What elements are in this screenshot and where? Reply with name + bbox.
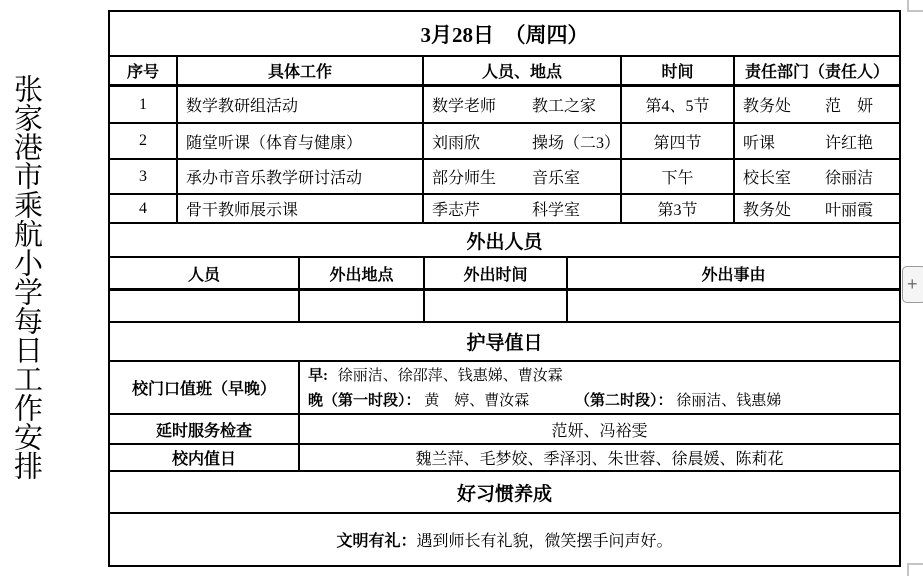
gate-evening-line: 晚（第一时段）： 黄 婷、曹汝霖 （第二时段）： 徐丽洁、钱惠娣 bbox=[308, 389, 893, 413]
person-text: 刘雨欣 bbox=[432, 130, 532, 153]
dept-owner-cell: 听课 许红艳 bbox=[735, 124, 899, 158]
date-title-row: 3月28日 （周四） bbox=[110, 12, 899, 57]
schedule-row: 3 承办市音乐教学研讨活动 部分师生 音乐室 下午 校长室 徐丽洁 bbox=[110, 160, 899, 195]
dept-text: 教务处 bbox=[743, 93, 825, 116]
col-header-out-place: 外出地点 bbox=[300, 258, 425, 288]
gate-evening-label-2: （第二时段）： bbox=[575, 393, 673, 409]
habit-item-text: 遇到师长有礼貌，微笑摆手问声好。 bbox=[417, 528, 673, 551]
gate-evening-names-1: 黄 婷、曹汝霖 bbox=[424, 393, 529, 409]
person-text: 部分师生 bbox=[432, 165, 532, 188]
owner-text: 叶丽霞 bbox=[825, 197, 873, 220]
owner-text: 范 妍 bbox=[825, 93, 873, 116]
col-header-time: 时间 bbox=[622, 57, 735, 84]
place-text: 教工之家 bbox=[532, 93, 596, 116]
gate-morning-names: 徐丽洁、徐邵萍、钱惠娣、曹汝霖 bbox=[338, 368, 563, 384]
time-cell: 第3节 bbox=[622, 195, 735, 222]
serial-cell: 1 bbox=[110, 87, 178, 122]
gate-evening-names-2: 徐丽洁、钱惠娣 bbox=[676, 393, 781, 409]
serial-cell: 2 bbox=[110, 124, 178, 158]
outgoing-title-row: 外出人员 bbox=[110, 224, 899, 258]
gate-duty-label: 校门口值班（早晚） bbox=[110, 362, 300, 413]
schedule-row: 1 数学教研组活动 数学老师 教工之家 第4、5节 教务处 范 妍 bbox=[110, 87, 899, 124]
out-place-cell bbox=[300, 291, 425, 321]
outgoing-header-row: 人员 外出地点 外出时间 外出事由 bbox=[110, 258, 899, 291]
outgoing-section-title: 外出人员 bbox=[110, 224, 899, 256]
habit-section-title: 好习惯养成 bbox=[110, 472, 899, 512]
owner-text: 许红艳 bbox=[825, 130, 873, 153]
person-place-cell: 刘雨欣 操场（二3） bbox=[424, 124, 622, 158]
habit-item-label: 文明有礼： bbox=[336, 528, 416, 551]
person-text: 季志芹 bbox=[432, 197, 532, 220]
duty-title-row: 护导值日 bbox=[110, 323, 899, 362]
out-person-cell bbox=[110, 291, 300, 321]
gate-morning-label: 早: bbox=[308, 368, 328, 384]
delay-check-label: 延时服务检查 bbox=[110, 415, 300, 443]
place-text: 科学室 bbox=[532, 197, 580, 220]
person-place-cell: 部分师生 音乐室 bbox=[424, 160, 622, 193]
dept-owner-cell: 校长室 徐丽洁 bbox=[735, 160, 899, 193]
col-header-out-time: 外出时间 bbox=[425, 258, 568, 288]
col-header-person-place: 人员、地点 bbox=[424, 57, 622, 84]
gate-morning-line: 早: 徐丽洁、徐邵萍、钱惠娣、曹汝霖 bbox=[308, 364, 893, 389]
serial-cell: 3 bbox=[110, 160, 178, 193]
out-time-cell bbox=[425, 291, 568, 321]
schedule-row: 2 随堂听课（体育与健康） 刘雨欣 操场（二3） 第四节 听课 许红艳 bbox=[110, 124, 899, 160]
serial-cell: 4 bbox=[110, 195, 178, 222]
col-header-out-reason: 外出事由 bbox=[568, 258, 899, 288]
task-cell: 数学教研组活动 bbox=[178, 87, 424, 122]
dept-text: 教务处 bbox=[743, 197, 825, 220]
place-text: 音乐室 bbox=[532, 165, 580, 188]
person-place-cell: 季志芹 科学室 bbox=[424, 195, 622, 222]
daily-schedule-table: 3月28日 （周四） 序号 具体工作 人员、地点 时间 责任部门（责任人） 1 … bbox=[108, 10, 901, 567]
dept-text: 校长室 bbox=[743, 165, 825, 188]
habit-title-row: 好习惯养成 bbox=[110, 472, 899, 514]
task-cell: 承办市音乐教学研讨活动 bbox=[178, 160, 424, 193]
gate-duty-content: 早: 徐丽洁、徐邵萍、钱惠娣、曹汝霖 晚（第一时段）： 黄 婷、曹汝霖 （第二时… bbox=[300, 362, 899, 413]
plus-icon: + bbox=[907, 274, 918, 295]
schedule-row: 4 骨干教师展示课 季志芹 科学室 第3节 教务处 叶丽霞 bbox=[110, 195, 899, 224]
campus-duty-label: 校内值日 bbox=[110, 445, 300, 470]
page-corner-top-icon bbox=[907, 0, 923, 12]
document-vertical-title: 张家港市乘航小学每日工作安排 bbox=[9, 74, 43, 486]
campus-duty-row: 校内值日 魏兰萍、毛梦姣、季泽羽、朱世蓉、徐晨媛、陈莉花 bbox=[110, 445, 899, 472]
col-header-task: 具体工作 bbox=[178, 57, 424, 84]
page-corner-bottom-icon bbox=[907, 563, 923, 576]
gate-evening-label-1: 晚（第一时段）： bbox=[308, 393, 421, 409]
person-text: 数学老师 bbox=[432, 93, 532, 116]
duty-section-title: 护导值日 bbox=[110, 323, 899, 360]
expand-row-button[interactable]: + bbox=[902, 266, 923, 303]
campus-duty-names: 魏兰萍、毛梦姣、季泽羽、朱世蓉、徐晨媛、陈莉花 bbox=[300, 445, 899, 470]
time-cell: 第4、5节 bbox=[622, 87, 735, 122]
delay-check-names: 范妍、冯裕雯 bbox=[300, 415, 899, 443]
habit-content: 文明有礼： 遇到师长有礼貌，微笑摆手问声好。 bbox=[110, 514, 899, 565]
col-header-serial: 序号 bbox=[110, 57, 178, 84]
person-place-cell: 数学老师 教工之家 bbox=[424, 87, 622, 122]
place-text: 操场（二3） bbox=[532, 130, 620, 153]
task-cell: 骨干教师展示课 bbox=[178, 195, 424, 222]
outgoing-empty-row bbox=[110, 291, 899, 323]
col-header-out-person: 人员 bbox=[110, 258, 300, 288]
out-reason-cell bbox=[568, 291, 899, 321]
dept-text: 听课 bbox=[743, 130, 825, 153]
page: 张家港市乘航小学每日工作安排 3月28日 （周四） 序号 具体工作 人员、地点 … bbox=[0, 0, 923, 576]
task-cell: 随堂听课（体育与健康） bbox=[178, 124, 424, 158]
dept-owner-cell: 教务处 叶丽霞 bbox=[735, 195, 899, 222]
gate-duty-row: 校门口值班（早晚） 早: 徐丽洁、徐邵萍、钱惠娣、曹汝霖 晚（第一时段）： 黄 … bbox=[110, 362, 899, 415]
habit-content-row: 文明有礼： 遇到师长有礼貌，微笑摆手问声好。 bbox=[110, 514, 899, 565]
owner-text: 徐丽洁 bbox=[825, 165, 873, 188]
date-title: 3月28日 （周四） bbox=[110, 12, 899, 55]
time-cell: 下午 bbox=[622, 160, 735, 193]
delay-check-row: 延时服务检查 范妍、冯裕雯 bbox=[110, 415, 899, 445]
dept-owner-cell: 教务处 范 妍 bbox=[735, 87, 899, 122]
time-cell: 第四节 bbox=[622, 124, 735, 158]
schedule-header-row: 序号 具体工作 人员、地点 时间 责任部门（责任人） bbox=[110, 57, 899, 87]
col-header-dept: 责任部门（责任人） bbox=[735, 57, 899, 84]
